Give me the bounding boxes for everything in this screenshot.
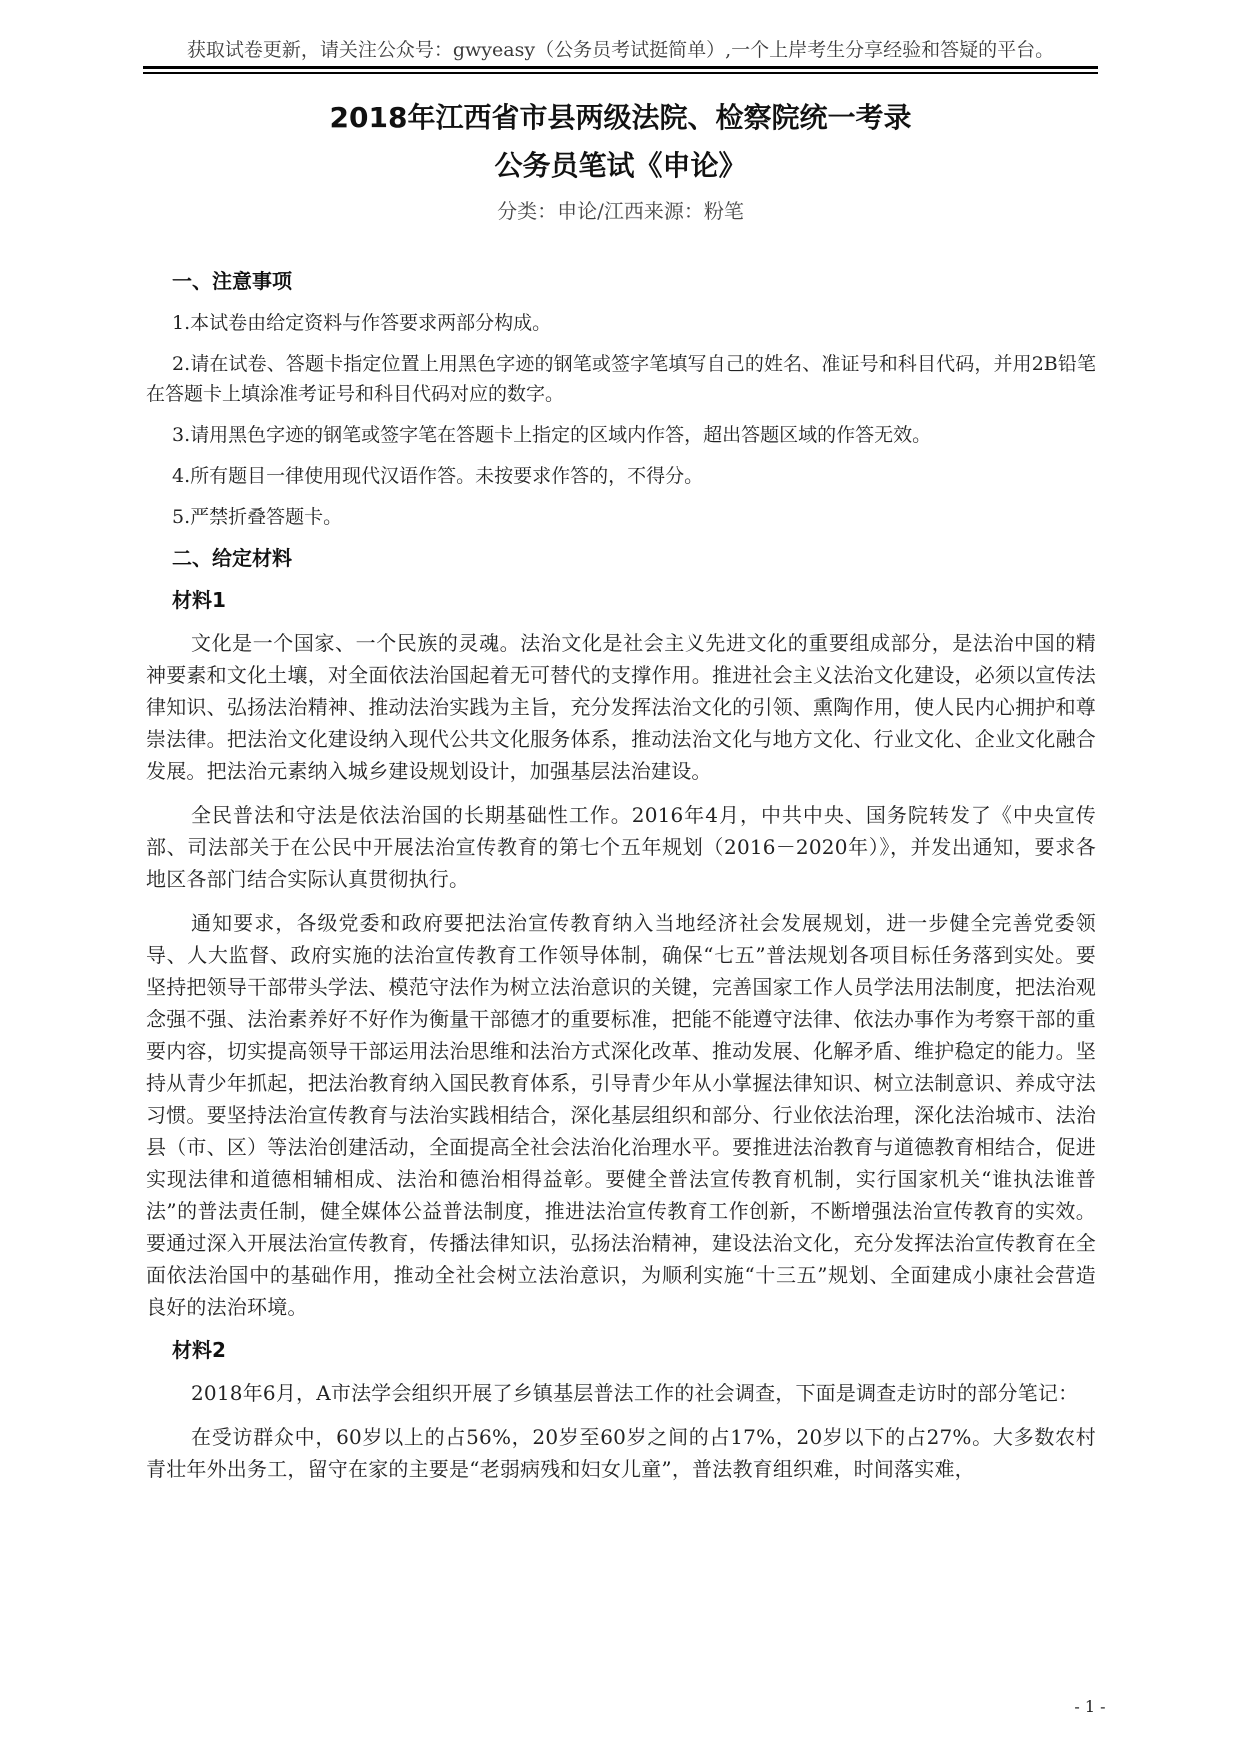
material-1-paragraph: 文化是一个国家、一个民族的灵魂。法治文化是社会主义先进文化的重要组成部分，是法治…	[146, 627, 1096, 787]
material-1-paragraph: 通知要求，各级党委和政府要把法治宣传教育纳入当地经济社会发展规划，进一步健全完善…	[146, 907, 1096, 1323]
material-2-heading: 材料2	[146, 1335, 1096, 1365]
section-heading-notices: 一、注意事项	[146, 266, 1096, 296]
document-body: 一、注意事项 1.本试卷由给定资料与作答要求两部分构成。 2.请在试卷、答题卡指…	[146, 266, 1096, 1497]
page-number: - 1 -	[1040, 1697, 1140, 1716]
notice-item: 5.严禁折叠答题卡。	[146, 502, 1096, 532]
document-page: 获取试卷更新，请关注公众号：gwyeasy（公务员考试挺简单）,一个上岸考生分享…	[0, 0, 1241, 1754]
document-subtitle: 分类：申论/江西来源：粉笔	[143, 198, 1098, 224]
header-double-rule	[143, 66, 1098, 74]
notice-item: 2.请在试卷、答题卡指定位置上用黑色字迹的钢笔或签字笔填写自己的姓名、准证号和科…	[146, 349, 1096, 409]
notice-item: 4.所有题目一律使用现代汉语作答。未按要求作答的，不得分。	[146, 461, 1096, 491]
notice-item: 3.请用黑色字迹的钢笔或签字笔在答题卡上指定的区域内作答，超出答题区域的作答无效…	[146, 420, 1096, 450]
running-header: 获取试卷更新，请关注公众号：gwyeasy（公务员考试挺简单）,一个上岸考生分享…	[143, 38, 1098, 62]
document-title-line2: 公务员笔试《申论》	[143, 148, 1098, 184]
notice-item: 1.本试卷由给定资料与作答要求两部分构成。	[146, 308, 1096, 338]
material-2-paragraph: 2018年6月，A市法学会组织开展了乡镇基层普法工作的社会调查，下面是调查走访时…	[146, 1377, 1096, 1409]
document-title-line1: 2018年江西省市县两级法院、检察院统一考录	[143, 100, 1098, 136]
material-1-heading: 材料1	[146, 585, 1096, 615]
section-heading-materials: 二、给定材料	[146, 543, 1096, 573]
material-2-paragraph: 在受访群众中，60岁以上的占56%，20岁至60岁之间的占17%，20岁以下的占…	[146, 1421, 1096, 1485]
material-1-paragraph: 全民普法和守法是依法治国的长期基础性工作。2016年4月，中共中央、国务院转发了…	[146, 799, 1096, 895]
